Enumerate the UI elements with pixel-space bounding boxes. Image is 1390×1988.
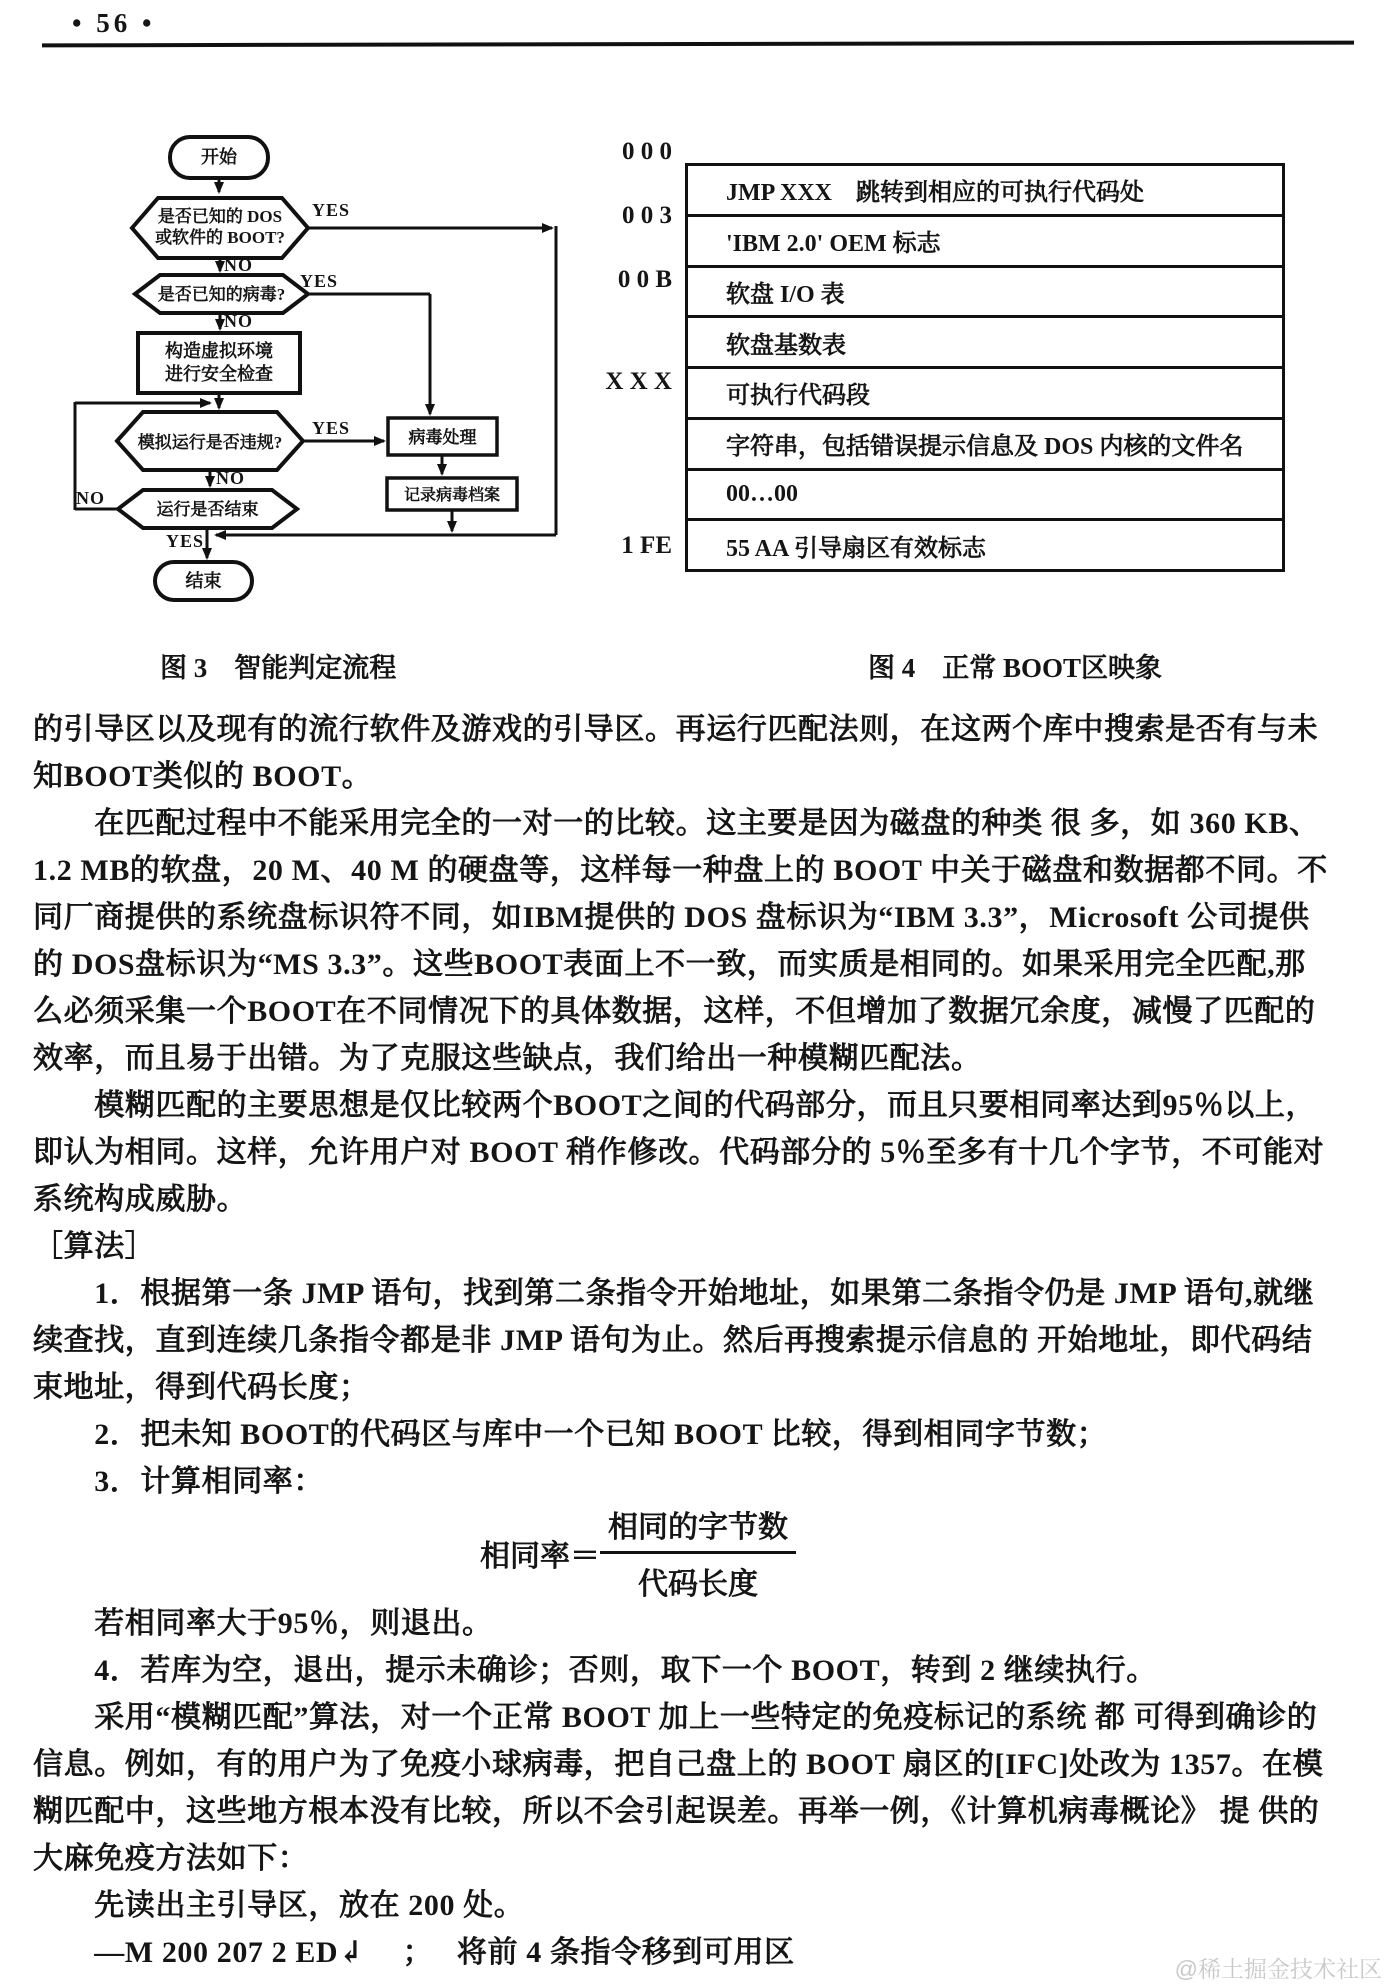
body-line: 知BOOT类似的 BOOT。 bbox=[33, 753, 1363, 800]
body-line: 效率，而且易于出错。为了克服这些缺点，我们给出一种模糊匹配法。 bbox=[33, 1035, 1363, 1082]
table-row: 字符串，包括错误提示信息及 DOS 内核的文件名 bbox=[688, 420, 1282, 471]
body-line: 1．根据第一条 JMP 语句，找到第二条指令开始地址，如果第二条指令仍是 JMP… bbox=[33, 1270, 1363, 1317]
body-line: 3．计算相同率： bbox=[33, 1458, 1363, 1505]
node-decision2: 是否已知的病毒? bbox=[135, 284, 308, 305]
body-line: 的引导区以及现有的流行软件及游戏的引导区。再运行匹配法则，在这两个库中搜索是否有… bbox=[33, 706, 1363, 753]
label-no2: NO bbox=[224, 311, 253, 332]
label-yes1: YES bbox=[312, 200, 350, 221]
body-line: 信息。例如，有的用户为了免疫小球病毒，把自己盘上的 BOOT 扇区的[IFC]处… bbox=[33, 1741, 1363, 1788]
formula-fraction: 相同的字节数代码长度 bbox=[600, 1502, 796, 1603]
formula-lhs: 相同率＝ bbox=[480, 1531, 600, 1575]
offset-000: 0 0 0 bbox=[600, 138, 672, 166]
flowchart-connectors bbox=[40, 100, 580, 645]
body-line: 若相同率大于95％，则退出。 bbox=[33, 1600, 1363, 1647]
label-yes2: YES bbox=[300, 271, 338, 292]
body-line: 即认为相同。这样，允许用户对 BOOT 稍作修改。代码部分的 5％至多有十几个字… bbox=[33, 1129, 1363, 1176]
table-row: JMP XXX 跳转到相应的可执行代码处 bbox=[688, 166, 1282, 217]
body-line: 在匹配过程中不能采用完全的一对一的比较。这主要是因为磁盘的种类 很 多，如 36… bbox=[33, 800, 1363, 847]
watermark: @稀土掘金技术社区 bbox=[1175, 1951, 1382, 1984]
label-no1: NO bbox=[224, 255, 253, 276]
body-line: 模糊匹配的主要思想是仅比较两个BOOT之间的代码部分，而且只要相同率达到95％以… bbox=[33, 1082, 1363, 1129]
node-decision3: 模拟运行是否违规? bbox=[117, 432, 303, 453]
body-line: 4．若库为空，退出，提示未确诊；否则，取下一个 BOOT，转到 2 继续执行。 bbox=[33, 1647, 1363, 1694]
body-line: ［算法］ bbox=[33, 1223, 1363, 1270]
node-process3: 记录病毒档案 bbox=[387, 485, 517, 506]
node-decision1: 是否已知的 DOS 或软件的 BOOT? bbox=[132, 206, 308, 248]
formula-denominator: 代码长度 bbox=[600, 1551, 796, 1603]
node-end: 结束 bbox=[155, 571, 252, 592]
node-process2: 病毒处理 bbox=[388, 427, 497, 448]
header-rule bbox=[42, 41, 1354, 48]
body-line: 大麻免疫方法如下： bbox=[33, 1835, 1363, 1882]
body-line: 糊匹配中，这些地方根本没有比较，所以不会引起误差。再举一例，《计算机病毒概论》 … bbox=[33, 1788, 1363, 1835]
body-line: 先读出主引导区，放在 200 处。 bbox=[33, 1882, 1363, 1929]
table-row: 'IBM 2.0' OEM 标志 bbox=[688, 217, 1282, 268]
body-line: 采用“模糊匹配”算法，对一个正常 BOOT 加上一些特定的免疫标记的系统 都 可… bbox=[33, 1694, 1363, 1741]
offset-XXX: X X X bbox=[600, 368, 672, 396]
page-number: • 56 • bbox=[72, 8, 155, 39]
figure4-caption: 图 4 正常 BOOT区映象 bbox=[868, 646, 1162, 685]
label-yes4: YES bbox=[166, 531, 204, 552]
offset-1FE: 1 FE bbox=[600, 532, 672, 560]
offset-00B: 0 0 B bbox=[600, 266, 672, 294]
label-no4: NO bbox=[76, 488, 105, 509]
offset-003: 0 0 3 bbox=[600, 202, 672, 230]
body-line: 的 DOS盘标识为“MS 3.3”。这些BOOT表面上不一致，而实质是相同的。如… bbox=[33, 941, 1363, 988]
body-line: 1.2 MB的软盘，20 M、40 M 的硬盘等，这样每一种盘上的 BOOT 中… bbox=[33, 847, 1363, 894]
figure3-caption: 图 3 智能判定流程 bbox=[160, 646, 396, 685]
table-row: 可执行代码段 bbox=[688, 369, 1282, 420]
table-row: 00…00 bbox=[688, 471, 1282, 522]
document-page: • 56 • bbox=[0, 0, 1390, 1988]
node-process1: 构造虚拟环境 进行安全检查 bbox=[138, 340, 300, 386]
body-line: 2．把未知 BOOT的代码区与库中一个已知 BOOT 比较，得到相同字节数； bbox=[33, 1411, 1363, 1458]
body-line: 么必须采集一个BOOT在不同情况下的具体数据，这样，不但增加了数据冗余度，减慢了… bbox=[33, 988, 1363, 1035]
body-line: 束地址，得到代码长度； bbox=[33, 1364, 1363, 1411]
table-row: 软盘基数表 bbox=[688, 318, 1282, 369]
body-line: 同厂商提供的系统盘标识符不同，如IBM提供的 DOS 盘标识为“IBM 3.3”… bbox=[33, 894, 1363, 941]
body-line: 续查找，直到连续几条指令都是非 JMP 语句为止。然后再搜索提示信息的 开始地址… bbox=[33, 1317, 1363, 1364]
body-line: —M 200 207 2 ED↲ ； 将前 4 条指令移到可用区 bbox=[33, 1929, 1363, 1976]
similarity-formula: 相同率＝相同的字节数代码长度 bbox=[0, 1505, 1303, 1600]
table-row: 软盘 I/O 表 bbox=[688, 268, 1282, 319]
table-row: 55 AA 引导扇区有效标志 bbox=[688, 521, 1282, 569]
node-decision4: 运行是否结束 bbox=[118, 499, 297, 520]
label-no3: NO bbox=[216, 468, 245, 489]
figure3-flowchart: 开始 是否已知的 DOS 或软件的 BOOT? 是否已知的病毒? 构造虚拟环境 … bbox=[40, 100, 580, 645]
figure4-boot-map: 0 0 0 0 0 3 0 0 B X X X 1 FE JMP XXX 跳转到… bbox=[600, 120, 1340, 590]
node-start: 开始 bbox=[170, 147, 268, 168]
formula-numerator: 相同的字节数 bbox=[600, 1502, 796, 1551]
boot-map-table: JMP XXX 跳转到相应的可执行代码处 'IBM 2.0' OEM 标志 软盘… bbox=[685, 163, 1285, 572]
label-yes3: YES bbox=[312, 418, 350, 439]
body-text: 的引导区以及现有的流行软件及游戏的引导区。再运行匹配法则，在这两个库中搜索是否有… bbox=[33, 706, 1363, 1976]
body-line: 系统构成威胁。 bbox=[33, 1176, 1363, 1223]
